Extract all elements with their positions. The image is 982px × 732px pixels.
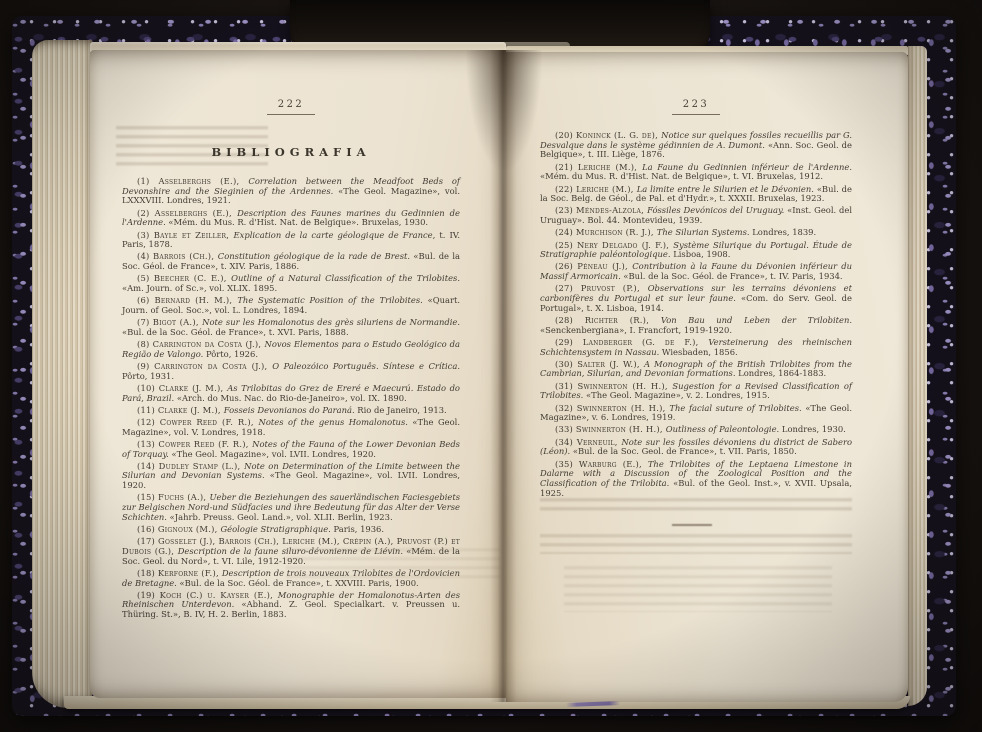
bib-entry: (21) Leriche (M.), La Faune du Gedinnien… (540, 163, 852, 182)
bib-entry: (20) Koninck (L. G. de), Notice sur quel… (540, 131, 852, 160)
showthrough-rule (672, 524, 712, 526)
bib-entry: (1) Asselberghs (E.), Correlation betwee… (122, 177, 460, 206)
bib-entry: (22) Leriche (M.), La limite entre le Si… (540, 185, 852, 204)
left-page-edge-stack (32, 40, 92, 708)
bib-entry: (30) Salter (J. W.), A Monograph of the … (540, 360, 852, 379)
entries-left: (1) Asselberghs (E.), Correlation betwee… (122, 177, 460, 620)
bib-entry: (9) Carrington da Costa (J.), O Paleozói… (122, 362, 460, 381)
bib-entry: (6) Bernard (H. M.), The Systematic Posi… (122, 296, 460, 315)
bib-entry: (31) Swinnerton (H. H.), Sugestion for a… (540, 382, 852, 401)
page-number-rule (267, 114, 315, 115)
bib-entry: (35) Warburg (E.), The Trilobites of the… (540, 460, 852, 499)
right-page: 223 (20) Koninck (L. G. de), Notice sur … (506, 52, 908, 702)
showthrough-text (540, 534, 852, 554)
page-number-block: 223 (540, 92, 852, 115)
bib-entry: (33) Swinnerton (H. H.), Outliness of Pa… (540, 425, 852, 435)
bib-entry: (28) Richter (R.), Von Bau und Leben der… (540, 316, 852, 335)
bib-entry: (16) Gignoux (M.), Géologie Stratigraphi… (122, 525, 460, 535)
bib-entry: (26) Péneau (J.), Contribution à la Faun… (540, 262, 852, 281)
bib-entry: (2) Asselberghs (E.), Description des Fa… (122, 209, 460, 228)
bib-entry: (23) Méndes-Alzola, Fóssiles Devónicos d… (540, 206, 852, 225)
bib-entry: (12) Cowper Reed (F. R.), Notes of the g… (122, 418, 460, 437)
bib-entry: (10) Clarke (J. M.), As Trilobitas do Gr… (122, 384, 460, 403)
bib-entry: (29) Landberger (G. de F.), Versteinerun… (540, 338, 852, 357)
bib-entry: (14) Dudley Stamp (L.), Note on Determin… (122, 462, 460, 491)
bibliography-title: BIBLIOGRAFIA (122, 145, 460, 159)
bib-entry: (5) Beecher (C. E.), Outline of a Natura… (122, 274, 460, 293)
left-page: 222 BIBLIOGRAFIA (1) Asselberghs (E.), C… (90, 50, 506, 698)
page-number-rule (672, 114, 720, 115)
page-number-block: 222 (122, 92, 460, 115)
right-page-edge-stack (908, 46, 927, 706)
bib-entry: (3) Bayle et Zeiller, Explication de la … (122, 231, 460, 250)
bib-entry: (24) Murchison (R. J.), The Silurian Sys… (540, 228, 852, 238)
book-photo: 222 BIBLIOGRAFIA (1) Asselberghs (E.), C… (0, 0, 982, 732)
bib-entry: (15) Fuchs (A.), Ueber die Beziehungen d… (122, 493, 460, 522)
bib-entry: (4) Barrois (Ch.), Constitution géologiq… (122, 252, 460, 271)
entries-right: (20) Koninck (L. G. de), Notice sur quel… (540, 131, 852, 498)
bib-entry: (11) Clarke (J. M.), Fosseis Devonianos … (122, 406, 460, 416)
showthrough-text (564, 566, 832, 612)
right-page-content: 223 (20) Koninck (L. G. de), Notice sur … (540, 52, 852, 501)
bib-entry: (19) Koch (C.) u. Kayser (E.), Monograph… (122, 591, 460, 620)
bib-entry: (17) Gosselet (J.), Barrois (Ch.), Leric… (122, 537, 460, 566)
bib-entry: (7) Bigot (A.), Note sur les Homalonotus… (122, 318, 460, 337)
bib-entry: (32) Swinnerton (H. H.), The facial sutu… (540, 404, 852, 423)
bib-entry: (27) Pruvost (P.), Observations sur les … (540, 284, 852, 313)
bib-entry: (18) Kerforne (F.), Description de trois… (122, 569, 460, 588)
bib-entry: (8) Carrington da Costa (J.), Novos Elem… (122, 340, 460, 359)
page-number-left: 222 (278, 99, 305, 110)
bib-entry: (34) Verneuil, Note sur les fossiles dév… (540, 438, 852, 457)
left-page-content: 222 BIBLIOGRAFIA (1) Asselberghs (E.), C… (122, 50, 460, 622)
bib-entry: (25) Nery Delgado (J. F.), Système Silur… (540, 241, 852, 260)
page-number-right: 223 (683, 99, 710, 110)
bib-entry: (13) Cowper Reed (F. R.), Notes of the F… (122, 440, 460, 459)
